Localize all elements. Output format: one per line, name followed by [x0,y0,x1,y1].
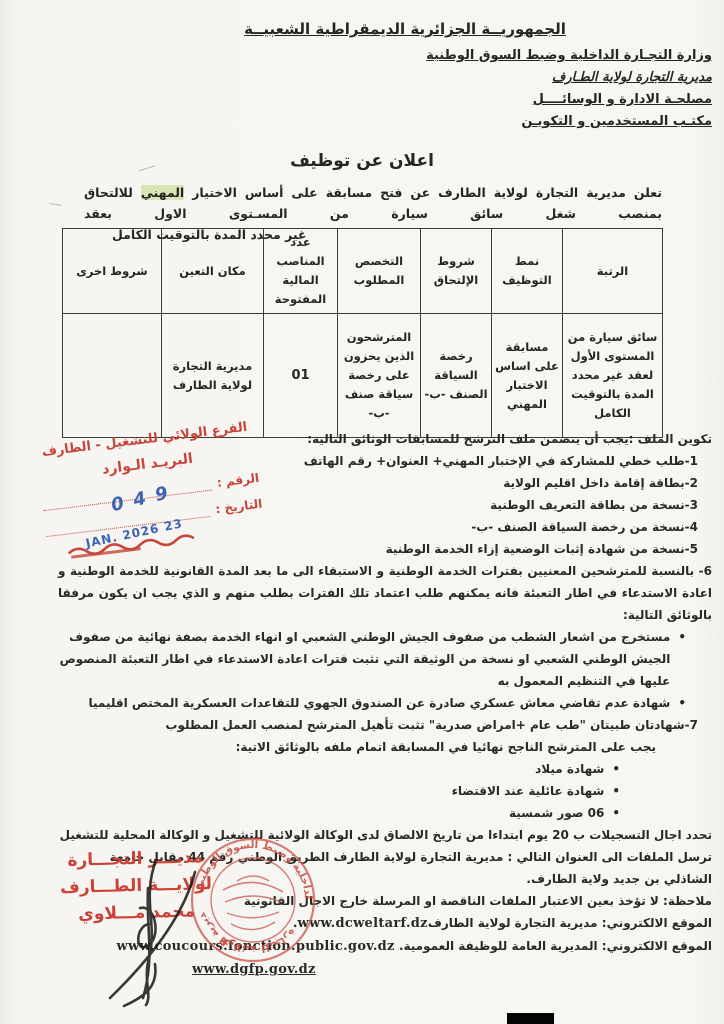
ministry-line: وزارة التجـارة الداخلية وضبط السوق الوطن… [292,47,712,65]
doc-item-6: 6- بالنسبة للمترشحين المعنيين بفترات الخ… [58,560,712,626]
website-2-label: الموقع الالكتروني: المديرية العامة للوظي… [399,939,712,953]
bullet-icon: • [678,626,686,692]
website-1-url: www.dcweltarf.dz [297,916,427,931]
final-bullet-3-text: 06 صور شمسية [509,802,604,824]
cell-recruitment-mode: مسابقة على اساس الاختبار المهني [492,314,563,438]
registration-deadline: تحدد اجال التسجيلات ب 20 يوم ابتداءا من … [58,824,712,846]
bullet-icon: • [612,780,620,802]
final-bullet-3: • 06 صور شمسية [58,802,620,824]
service-line: مصلحـة الادارة و الوسائــــل [292,91,712,109]
republic-title: الجمهوريــة الجزائرية الديمقراطية الشعبي… [205,20,605,38]
pencil-mark [50,198,63,206]
cell-open-posts: 01 [264,314,338,438]
doc-item-7: 7-شهادتان طبيتان "طب عام +امراض صدرية" ت… [58,714,698,736]
intro-text-before: تعلن مديرية التجارة لولاية الطارف عن فتح… [192,185,662,200]
cell-eligibility: رخصة السياقة الصنف -ب- [421,314,492,438]
bullet-icon: • [612,802,620,824]
highlighted-word: المهني [141,185,184,200]
final-bullet-2-text: شهادة عائلية عند الاقتضاء [452,780,605,802]
col-header-eligibility: شروط الإلتحاق [421,229,492,314]
military-bullet-1: • مستخرج من اشعار الشطب من صفوف الجيش ال… [58,626,686,692]
final-file-note: يجب على المترشح الناجح نهائيا في المسابق… [58,736,656,758]
table-row: سائق سيارة من المستوى الأول لعقد غير محد… [63,314,663,438]
letterhead-block: وزارة التجـارة الداخلية وضبط السوق الوطن… [292,47,712,135]
stamp-number-label: الرقم : [216,471,260,490]
bullet-icon: • [612,758,620,780]
signature-icon [96,846,211,1011]
intro-line-1: تعلن مديرية التجارة لولاية الطارف عن فتح… [84,182,662,224]
col-header-recruitment-mode: نمط التوظيف [492,229,563,314]
stamp-date-label: التاريخ : [215,497,263,517]
col-header-open-posts: عدد المناصب المالية المفتوحة [264,229,338,314]
final-bullet-1: • شهادة ميلاد [58,758,620,780]
cell-rank: سائق سيارة من المستوى الأول لعقد غير محد… [563,314,663,438]
vacancy-table-grid: الرتبة نمط التوظيف شروط الإلتحاق التخصص … [62,228,663,438]
vacancy-table: الرتبة نمط التوظيف شروط الإلتحاق التخصص … [62,228,662,438]
scan-artifact-bar [507,1013,554,1024]
col-header-rank: الرتبة [563,229,663,314]
scanned-document-page: { "colors":{"stamp_red":"#c7453a","ink_b… [0,0,724,1024]
col-header-other-conditions: شروط اخرى [63,229,162,314]
cell-other-conditions [63,314,162,438]
office-line: مكتـب المستخدمين و التكويـن [292,113,712,131]
col-header-assignment-place: مكان التعين [162,229,264,314]
cell-speciality: المترشحون الذين يحزون على رخصة سياقة صنف… [338,314,421,438]
website-1-label: الموقع الالكتروني: مديرية التجارة لولاية… [428,916,712,930]
military-bullet-2-text: شهادة عدم تقاضي معاش عسكري صادرة عن الصن… [89,692,671,714]
seal-star-icon: ★ [219,935,231,950]
table-header-row: الرتبة نمط التوظيف شروط الإلتحاق التخصص … [63,229,663,314]
col-header-speciality: التخصص المطلوب [338,229,421,314]
final-bullet-2: • شهادة عائلية عند الاقتضاء [58,780,620,802]
military-bullet-2: • شهادة عدم تقاضي معاش عسكري صادرة عن ال… [58,692,686,714]
bullet-icon: • [678,692,686,714]
military-bullet-1-text: مستخرج من اشعار الشطب من صفوف الجيش الوط… [58,626,670,692]
directorate-line: مديرية التجارة لولاية الطـارف [292,69,712,87]
signature [96,846,211,1015]
final-bullet-1-text: شهادة ميلاد [535,758,604,780]
page-title: اعلان عن توظيف [0,151,724,171]
